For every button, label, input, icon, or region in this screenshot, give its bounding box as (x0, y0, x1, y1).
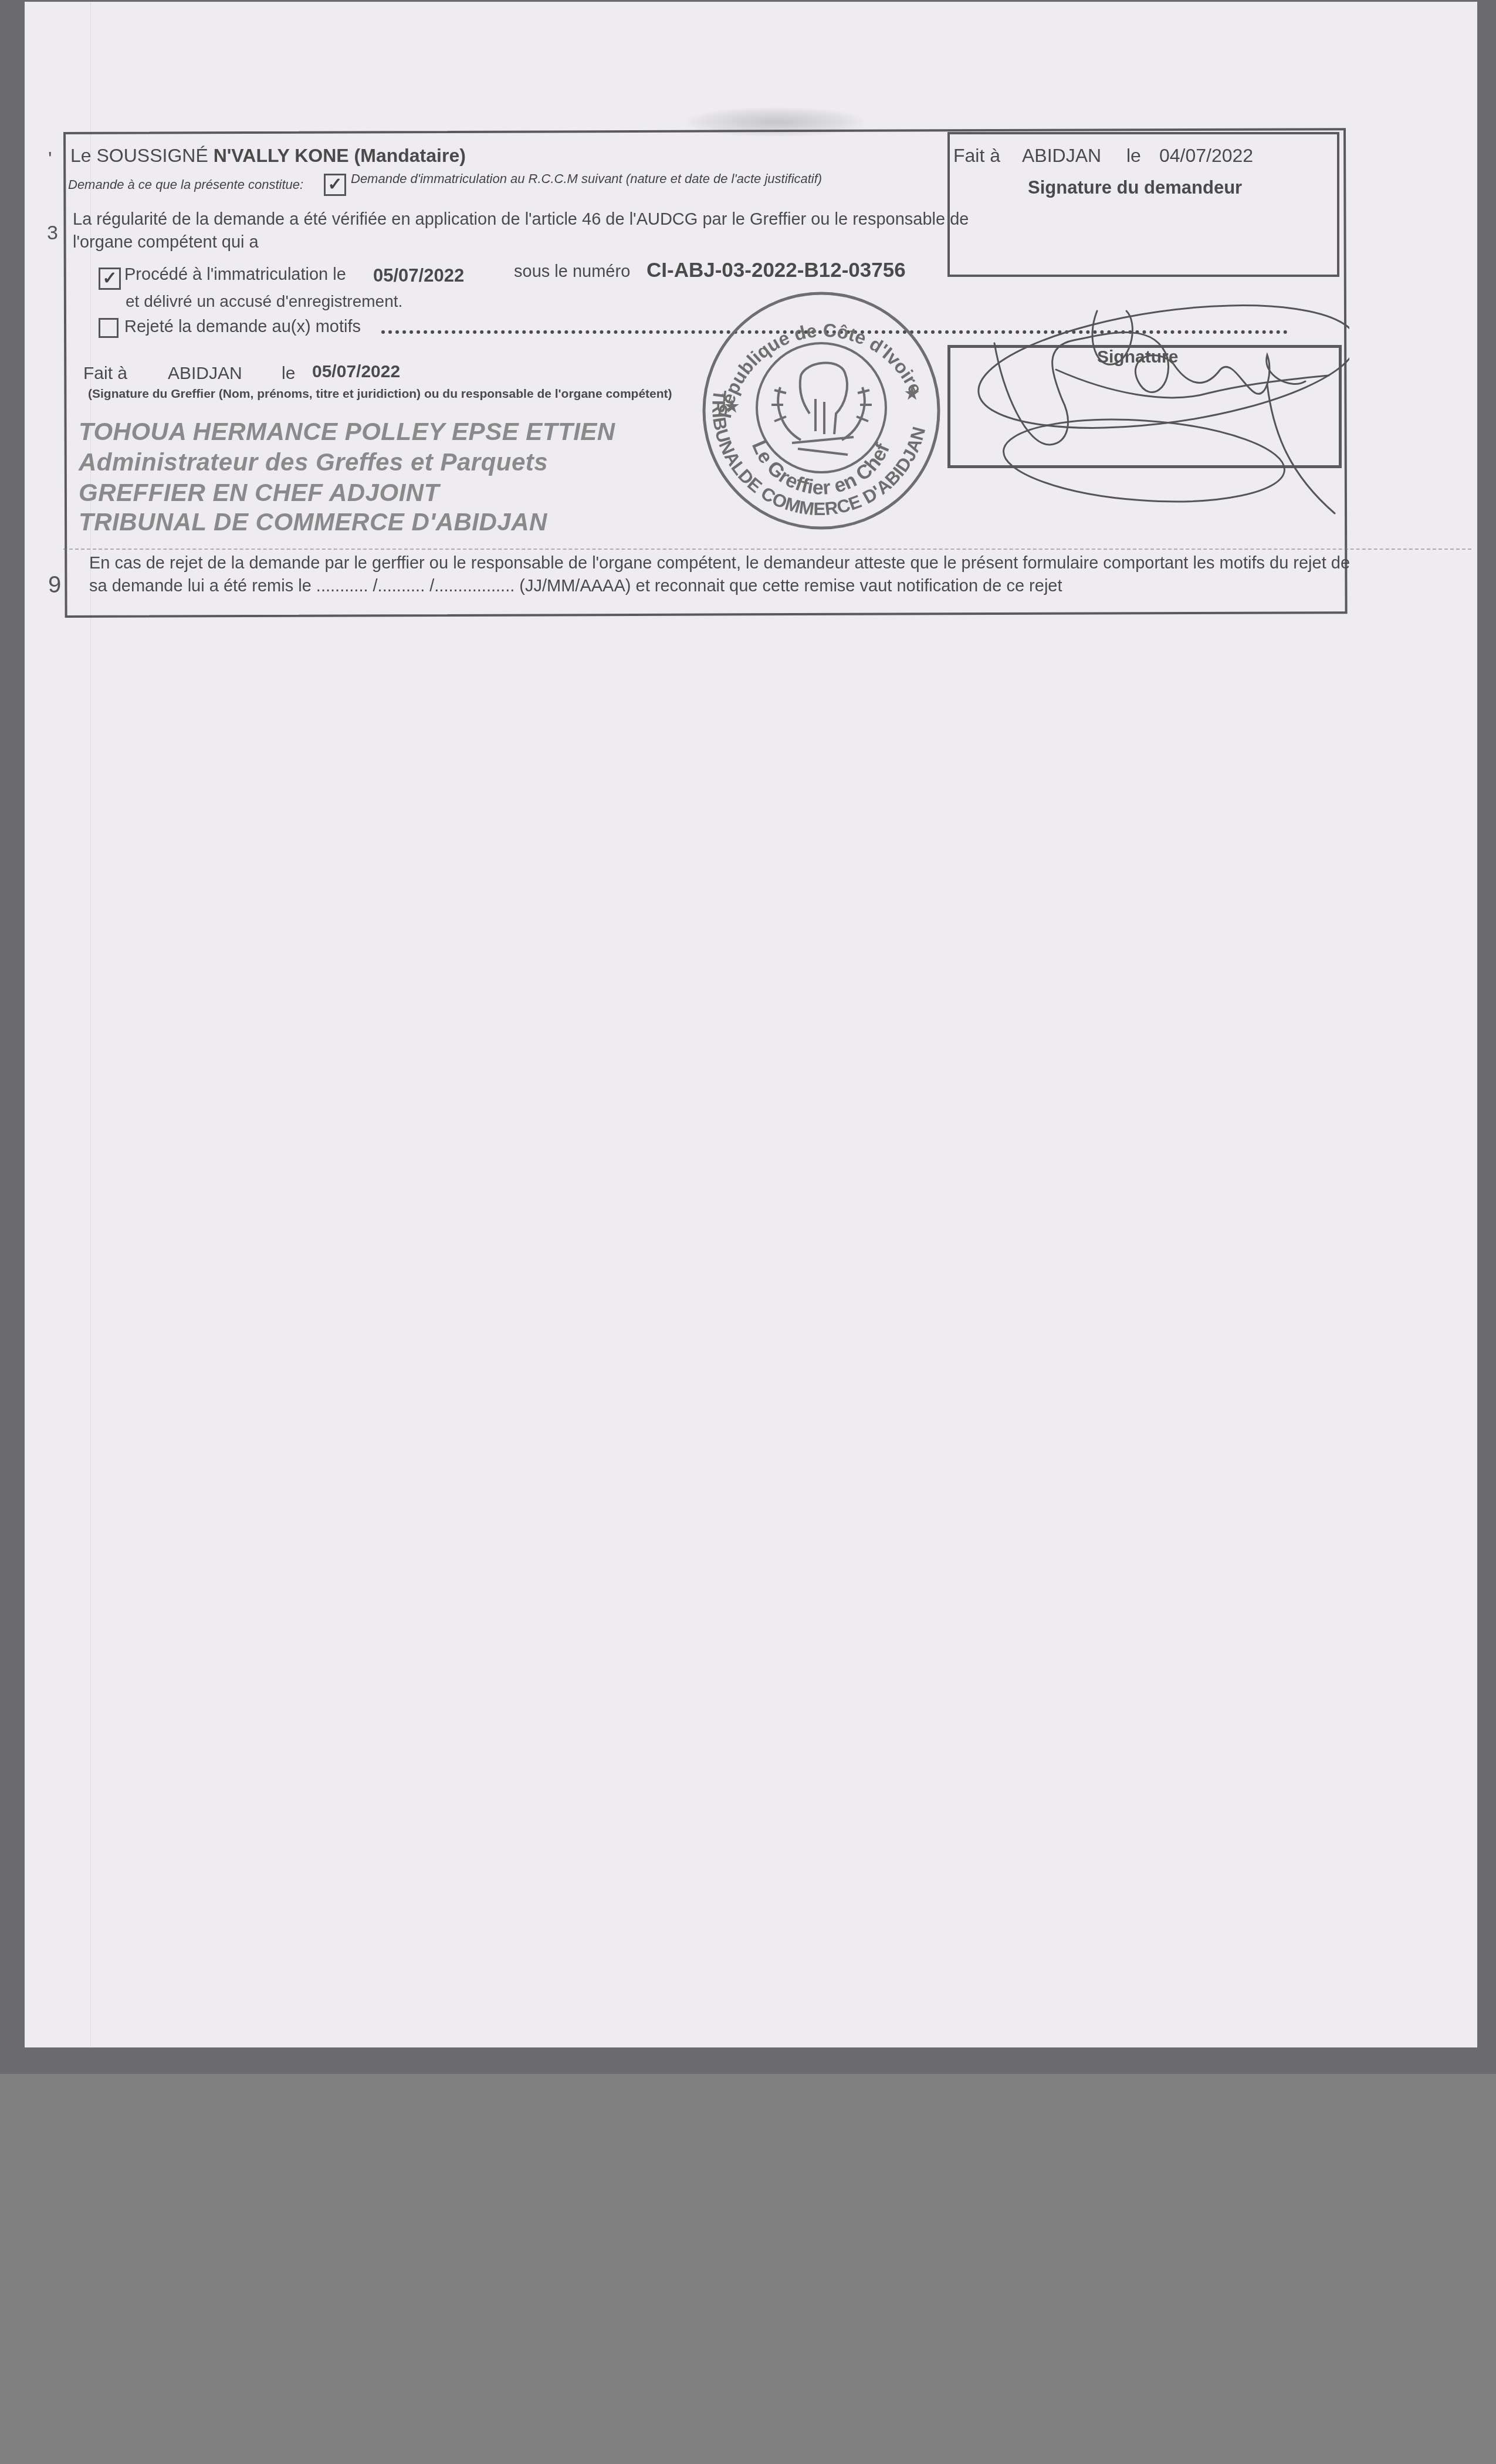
demande-immatriculation-text: Demande d'immatriculation au R.C.C.M sui… (351, 171, 822, 187)
section-9-line-1: En cas de rejet de la demande par le ger… (89, 554, 1350, 573)
demande-immatriculation-checkbox[interactable]: ✓ (324, 174, 346, 196)
verification-line-1: La régularité de la demande a été vérifi… (73, 210, 969, 229)
verification-line-2: l'organe compétent qui a (73, 233, 259, 252)
greffier-signature-caption: (Signature du Greffier (Nom, prénoms, ti… (88, 387, 672, 401)
rccm-numero: CI-ABJ-03-2022-B12-03756 (647, 259, 906, 282)
checkmark-icon: ✓ (327, 176, 342, 194)
numero-label: sous le numéro (514, 262, 630, 282)
demandeur-box (947, 132, 1339, 277)
elephant-emblem-icon (771, 363, 872, 455)
margin-mark-top: ' (48, 148, 52, 171)
immatriculation-date: 05/07/2022 (373, 265, 464, 286)
stamp-star-left-icon: ★ (725, 397, 739, 415)
soussigne-name: N'VALLY KONE (Mandataire) (214, 145, 466, 166)
soussigne-prefix: Le SOUSSIGNÉ (70, 145, 208, 166)
greffier-court: TRIBUNAL DE COMMERCE D'ABIDJAN (79, 508, 547, 536)
demande-label: Demande à ce que la présente constitue: (68, 177, 303, 192)
rejet-label: Rejeté la demande au(x) motifs (124, 317, 361, 337)
soussigne-line: Le SOUSSIGNÉ N'VALLY KONE (Mandataire) (70, 145, 466, 167)
section-9-line-2: sa demande lui a été remis le ..........… (89, 577, 1062, 596)
margin-mark-section: 3 (47, 222, 58, 245)
greffier-le: le (282, 364, 295, 384)
section-number: 9 (48, 572, 61, 598)
greffier-name: TOHOUA HERMANCE POLLEY EPSE ETTIEN (79, 418, 615, 446)
demandeur-date: 04/07/2022 (1159, 145, 1253, 167)
greffier-date: 05/07/2022 (312, 362, 400, 382)
immatriculation-label: Procédé à l'immatriculation le (124, 265, 346, 285)
immatriculation-checkbox[interactable]: ✓ (99, 268, 121, 290)
handwritten-signature (962, 299, 1349, 522)
demandeur-signature-label: Signature du demandeur (1028, 177, 1242, 198)
demandeur-fait-a: Fait à (953, 145, 1000, 167)
section-divider (63, 549, 1471, 550)
greffier-city: ABIDJAN (168, 364, 242, 384)
rejet-checkbox[interactable] (99, 318, 119, 338)
greffier-fait-a: Fait à (83, 364, 127, 384)
checkmark-icon: ✓ (102, 270, 117, 287)
greffier-title: Administrateur des Greffes et Parquets (79, 448, 548, 476)
greffier-role: GREFFIER EN CHEF ADJOINT (79, 479, 439, 507)
tribunal-stamp: République de Côte d'Ivoire TRIBUNALDE C… (698, 287, 945, 534)
accuse-text: et délivré un accusé d'enregistrement. (126, 292, 402, 311)
svg-text:République de Côte d'Ivoire: République de Côte d'Ivoire (714, 320, 927, 420)
demandeur-le: le (1126, 145, 1141, 167)
stamp-star-right-icon: ★ (905, 384, 919, 402)
demandeur-city: ABIDJAN (1022, 145, 1101, 167)
stamp-top-text: République de Côte d'Ivoire (714, 320, 927, 420)
